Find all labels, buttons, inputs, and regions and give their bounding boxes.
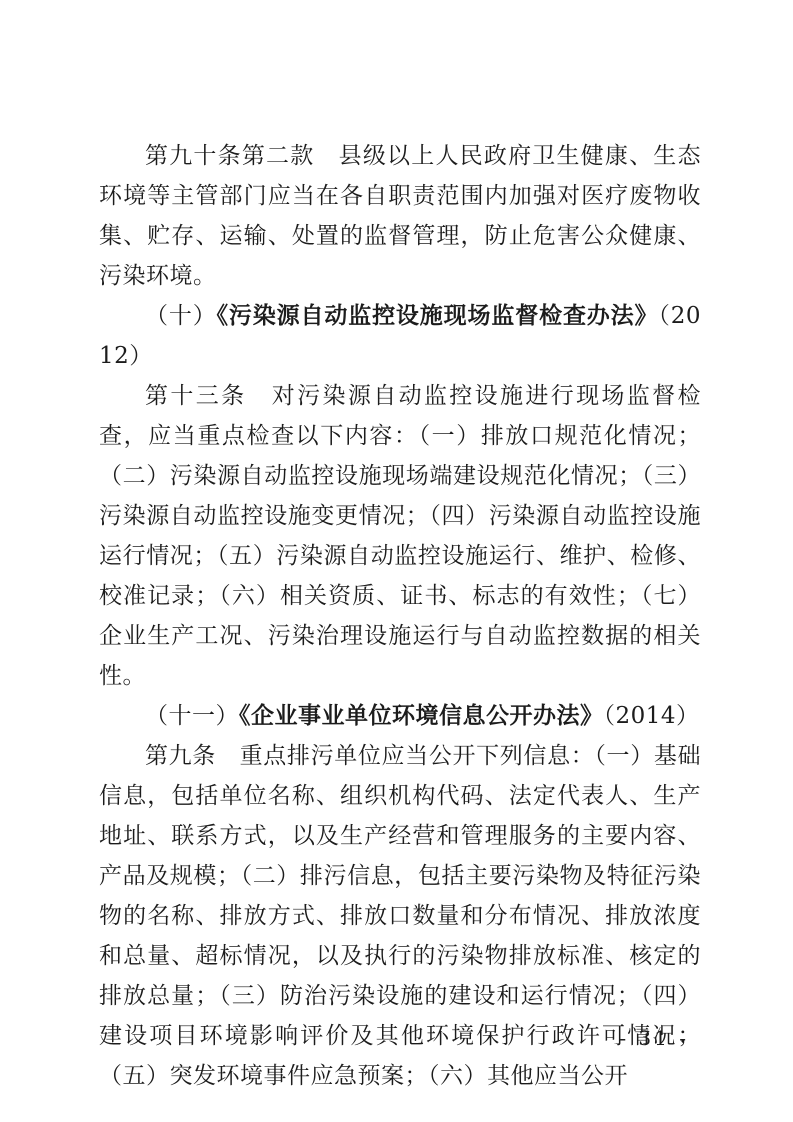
regulation-heading-11: （十一）《企业事业单位环境信息公开办法》（2014） [99, 696, 701, 736]
paragraph-article-13: 第十三条 对污染源自动监控设施进行现场监督检查，应当重点检查以下内容：（一）排放… [99, 376, 701, 696]
document-page: 第九十条第二款 县级以上人民政府卫生健康、生态环境等主管部门应当在各自职责范围内… [0, 0, 793, 1122]
heading-prefix: （十） [145, 303, 217, 329]
regulation-title: 《污染源自动监控设施现场监督检查办法》 [217, 302, 659, 329]
document-content: 第九十条第二款 县级以上人民政府卫生健康、生态环境等主管部门应当在各自职责范围内… [99, 136, 701, 1096]
paragraph-article-9: 第九条 重点排污单位应当公开下列信息：（一）基础信息，包括单位名称、组织机构代码… [99, 736, 701, 1096]
paragraph-article-90-clause-2: 第九十条第二款 县级以上人民政府卫生健康、生态环境等主管部门应当在各自职责范围内… [99, 136, 701, 296]
regulation-heading-10: （十）《污染源自动监控设施现场监督检查办法》（2012） [99, 296, 701, 376]
heading-prefix: （十一） [145, 703, 239, 729]
page-number: - 31 - [619, 1026, 689, 1050]
heading-year: （2014） [604, 703, 700, 729]
regulation-title: 《企业事业单位环境信息公开办法》 [239, 702, 604, 729]
